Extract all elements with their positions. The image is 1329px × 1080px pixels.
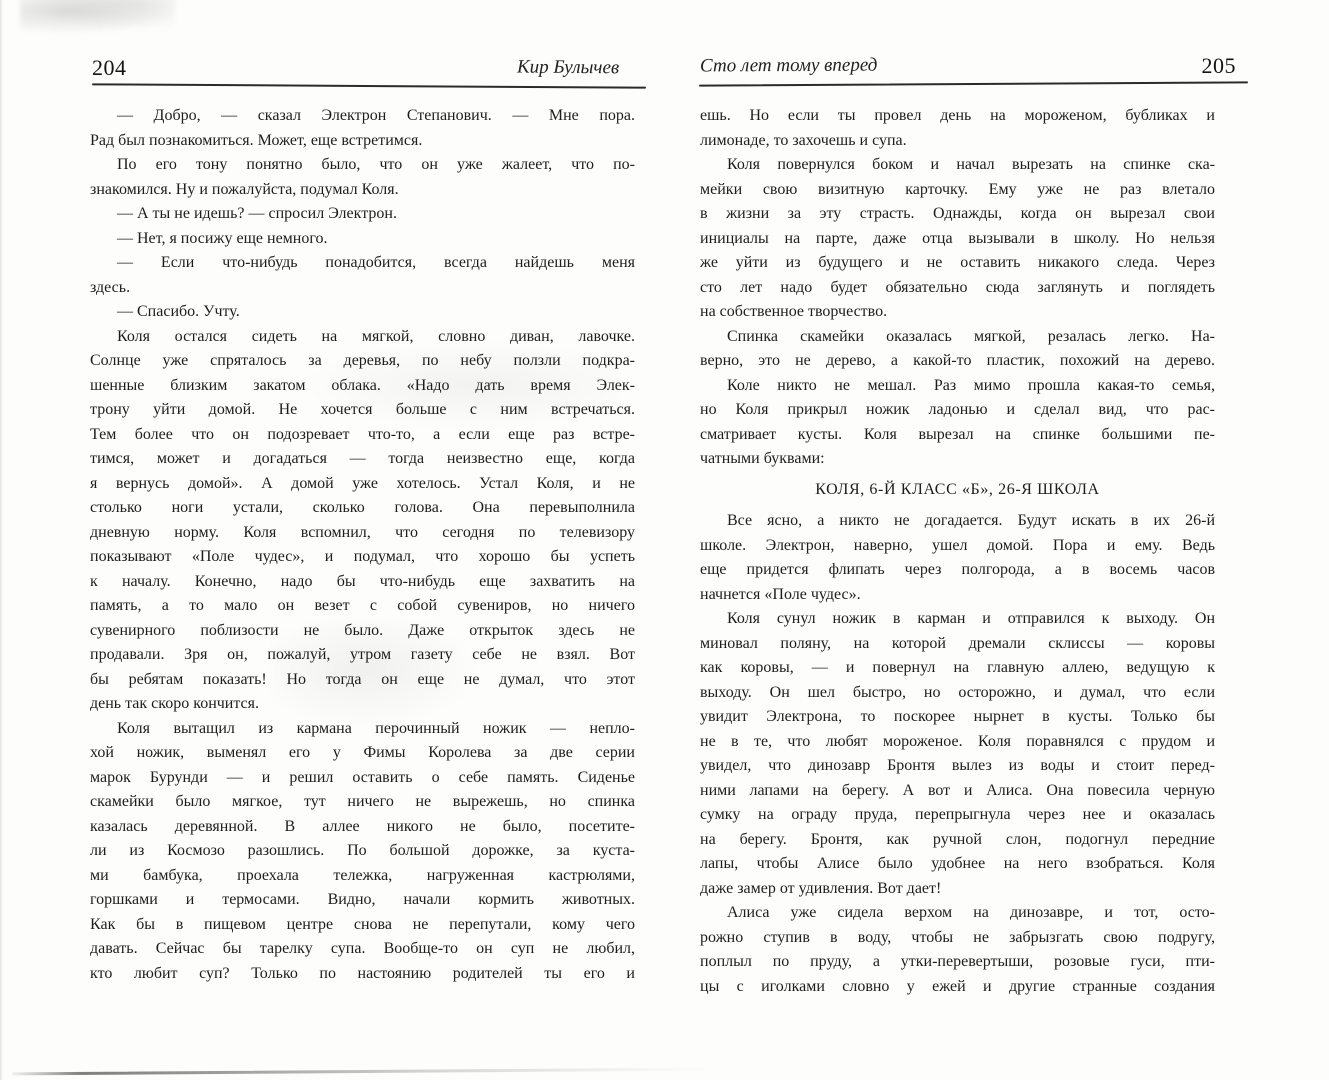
text-line: бы ребятам показать! Но тогда он еще не … [90,668,635,693]
text-line: трону уйти домой. Не хочется больше с ни… [90,398,635,423]
text-line: здесь. [90,276,635,301]
text-line: шенные близким закатом облака. «Надо дат… [90,374,635,399]
text-line: марок Бурунди — и решил оставить о себе … [90,766,635,791]
paragraph: Коля сунул ножик в карман и отправился к… [700,607,1215,901]
text-line: увидит Электрона, то поскорее нырнет в к… [700,705,1215,730]
text-line: ними лапами на берегу. А вот и Алиса. Он… [700,779,1215,804]
paragraph: Коля повернулся боком и начал вырезать н… [700,153,1215,325]
paragraph: ешь. Но если ты провел день на мороженом… [700,104,1215,153]
text-line: — Нет, я посижу еще немного. [90,227,635,252]
text-line: Коля вытащил из кармана перочинный ножик… [90,717,635,742]
text-line: показывают «Поле чудес», и подумал, что … [90,545,635,570]
text-line: Как бы в пищевом центре снова не перепут… [90,913,635,938]
paragraph: — Если что-нибудь понадобится, всегда на… [90,251,635,300]
paragraph: — Спасибо. Учту. [90,300,635,325]
text-line: Алиса уже сидела верхом на динозавре, и … [700,901,1215,926]
header-rule [699,81,1248,87]
text-line: цы с иголками словно у ежей и другие стр… [700,975,1215,1000]
running-title-author: Кир Булычев [517,54,645,83]
text-line: я вернусь домой». А домой уже хотелось. … [90,472,635,497]
text-line: на берегу. Бронтя, как ручной слон, подо… [700,828,1215,853]
page-curl-line [12,1068,712,1076]
text-line: чатными буквами: [700,447,1215,472]
text-line: мейки свою визитную карточку. Ему уже не… [700,178,1215,203]
text-line: горшками и термосами. Видно, начали корм… [90,888,635,913]
text-line: же уйти из будущего и не оставить никако… [700,251,1215,276]
text-line: выходу. Он шел быстро, но осторожно, и д… [700,681,1215,706]
paragraph: Коля остался сидеть на мягкой, словно ди… [90,325,635,717]
text-line: Коле никто не мешал. Раз мимо прошла как… [700,374,1215,399]
paragraph: Алиса уже сидела верхом на динозавре, и … [700,901,1215,999]
text-line: еще придется флипать через полгорода, а … [700,558,1215,583]
text-line: на собственное творчество. [700,300,1215,325]
text-line: инициалы на парте, даже отца вызывали в … [700,227,1215,252]
paragraph: Коля вытащил из кармана перочинный ножик… [90,717,635,987]
text-line: — Спасибо. Учту. [90,300,635,325]
text-line: казалась деревянной. В аллее никого не б… [90,815,635,840]
text-line: поплыл по пруду, а утки-перевертыши, роз… [700,950,1215,975]
paragraph: Спинка скамейки оказалась мягкой, резала… [700,325,1215,374]
text-line: память, а то мало он везет с собой сувен… [90,594,635,619]
book-spread-scan: { "left_page": { "page_number": "204", "… [0,0,1329,1080]
scan-smudge [20,0,175,34]
page-number: 205 [1202,52,1249,80]
text-line: увидел, что динозавр Бронтя вылез из вод… [700,754,1215,779]
paragraph: — А ты не идешь? — спросил Электрон. [90,202,635,227]
text-line: но Коля прикрыл ножик ладонью и сделал в… [700,398,1215,423]
text-line: Все ясно, а никто не догадается. Будут и… [700,509,1215,534]
text-line: лимонаде, то захочешь и супа. [700,129,1215,154]
text-line: Спинка скамейки оказалась мягкой, резала… [700,325,1215,350]
text-line: сто лет надо будет обязательно сюда загл… [700,276,1215,301]
text-line: По его тону понятно было, что он уже жал… [90,153,635,178]
text-line: Тем более что он подозревает что-то, а е… [90,423,635,448]
text-line: сматривает кусты. Коля вырезал на спинке… [700,423,1215,448]
text-line: ли из Космозо разошлись. По большой доро… [90,839,635,864]
text-line: даже замер от удивления. Вот дает! [700,877,1215,902]
text-line: — А ты не идешь? — спросил Электрон. [90,202,635,227]
header-rule [92,83,646,89]
left-page-header: 204 Кир Булычев [92,54,645,82]
text-line: в жизни за эту страсть. Однажды, когда о… [700,202,1215,227]
text-line: хой ножик, выменял его у Фимы Королева з… [90,741,635,766]
text-line: КОЛЯ, 6-Й КЛАСС «Б», 26-Я ШКОЛА [700,478,1215,503]
paragraph: — Добро, — сказал Электрон Степанович. —… [90,104,635,153]
text-line: знакомился. Ну и пожалуйста, подумал Кол… [90,178,635,203]
text-line: рожно ступив в воду, чтобы не забрызгать… [700,926,1215,951]
text-line: Солнце уже спряталось за деревья, по неб… [90,349,635,374]
paragraph: Коле никто не мешал. Раз мимо прошла как… [700,374,1215,472]
text-line: лапы, чтобы Алисе было удобнее на него в… [700,852,1215,877]
text-line: Коля сунул ножик в карман и отправился к… [700,607,1215,632]
paragraph: — Нет, я посижу еще немного. [90,227,635,252]
text-line: Коля остался сидеть на мягкой, словно ди… [90,325,635,350]
running-title-book: Сто лет тому вперед [700,52,878,81]
text-line: сумку на ограду пруда, перепрыгнула чере… [700,803,1215,828]
text-line: начнется «Поле чудес». [700,583,1215,608]
text-line: дневную норму. Коля вспомнил, что сегодн… [90,521,635,546]
text-line: школе. Электрон, наверно, ушел домой. По… [700,534,1215,559]
text-line: как коровы, — и повернул на главную алле… [700,656,1215,681]
text-line: сувенирного поблизости не было. Даже отк… [90,619,635,644]
text-line: — Добро, — сказал Электрон Степанович. —… [90,104,635,129]
text-line: продавали. Зря он, пожалуй, утром газету… [90,643,635,668]
text-line: Рад был познакомиться. Может, еще встрет… [90,129,635,154]
text-line: день так скоро кончится. [90,692,635,717]
text-line: ешь. Но если ты провел день на мороженом… [700,104,1215,129]
left-page-body: — Добро, — сказал Электрон Степанович. —… [90,104,635,986]
carved-inscription: КОЛЯ, 6-Й КЛАСС «Б», 26-Я ШКОЛА [700,478,1215,503]
right-page-header: Сто лет тому вперед 205 [700,52,1248,80]
text-line: ми бамбука, проехала тележка, нагруженна… [90,864,635,889]
text-line: кто любит суп? Только по настоянию родит… [90,962,635,987]
text-line: столько ноги устали, сколько голова. Она… [90,496,635,521]
text-line: — Если что-нибудь понадобится, всегда на… [90,251,635,276]
paragraph: По его тону понятно было, что он уже жал… [90,153,635,202]
text-line: скамейки было мягкое, тут ничего не выре… [90,790,635,815]
text-line: верно, это не дерево, а какой-то пластик… [700,349,1215,374]
text-line: давать. Сейчас бы тарелку супа. Вообще-т… [90,937,635,962]
text-line: тимся, может и догадаться — тогда неизве… [90,447,635,472]
page-number: 204 [92,54,127,82]
text-line: Коля повернулся боком и начал вырезать н… [700,153,1215,178]
text-line: не в те, что любят мороженое. Коля порав… [700,730,1215,755]
paragraph: Все ясно, а никто не догадается. Будут и… [700,509,1215,607]
text-line: к началу. Конечно, надо бы что-нибудь ещ… [90,570,635,595]
scan-edge-shadow [0,0,3,1080]
text-line: миновал поляну, на которой дремали склис… [700,632,1215,657]
right-page-body: ешь. Но если ты провел день на мороженом… [700,104,1215,999]
